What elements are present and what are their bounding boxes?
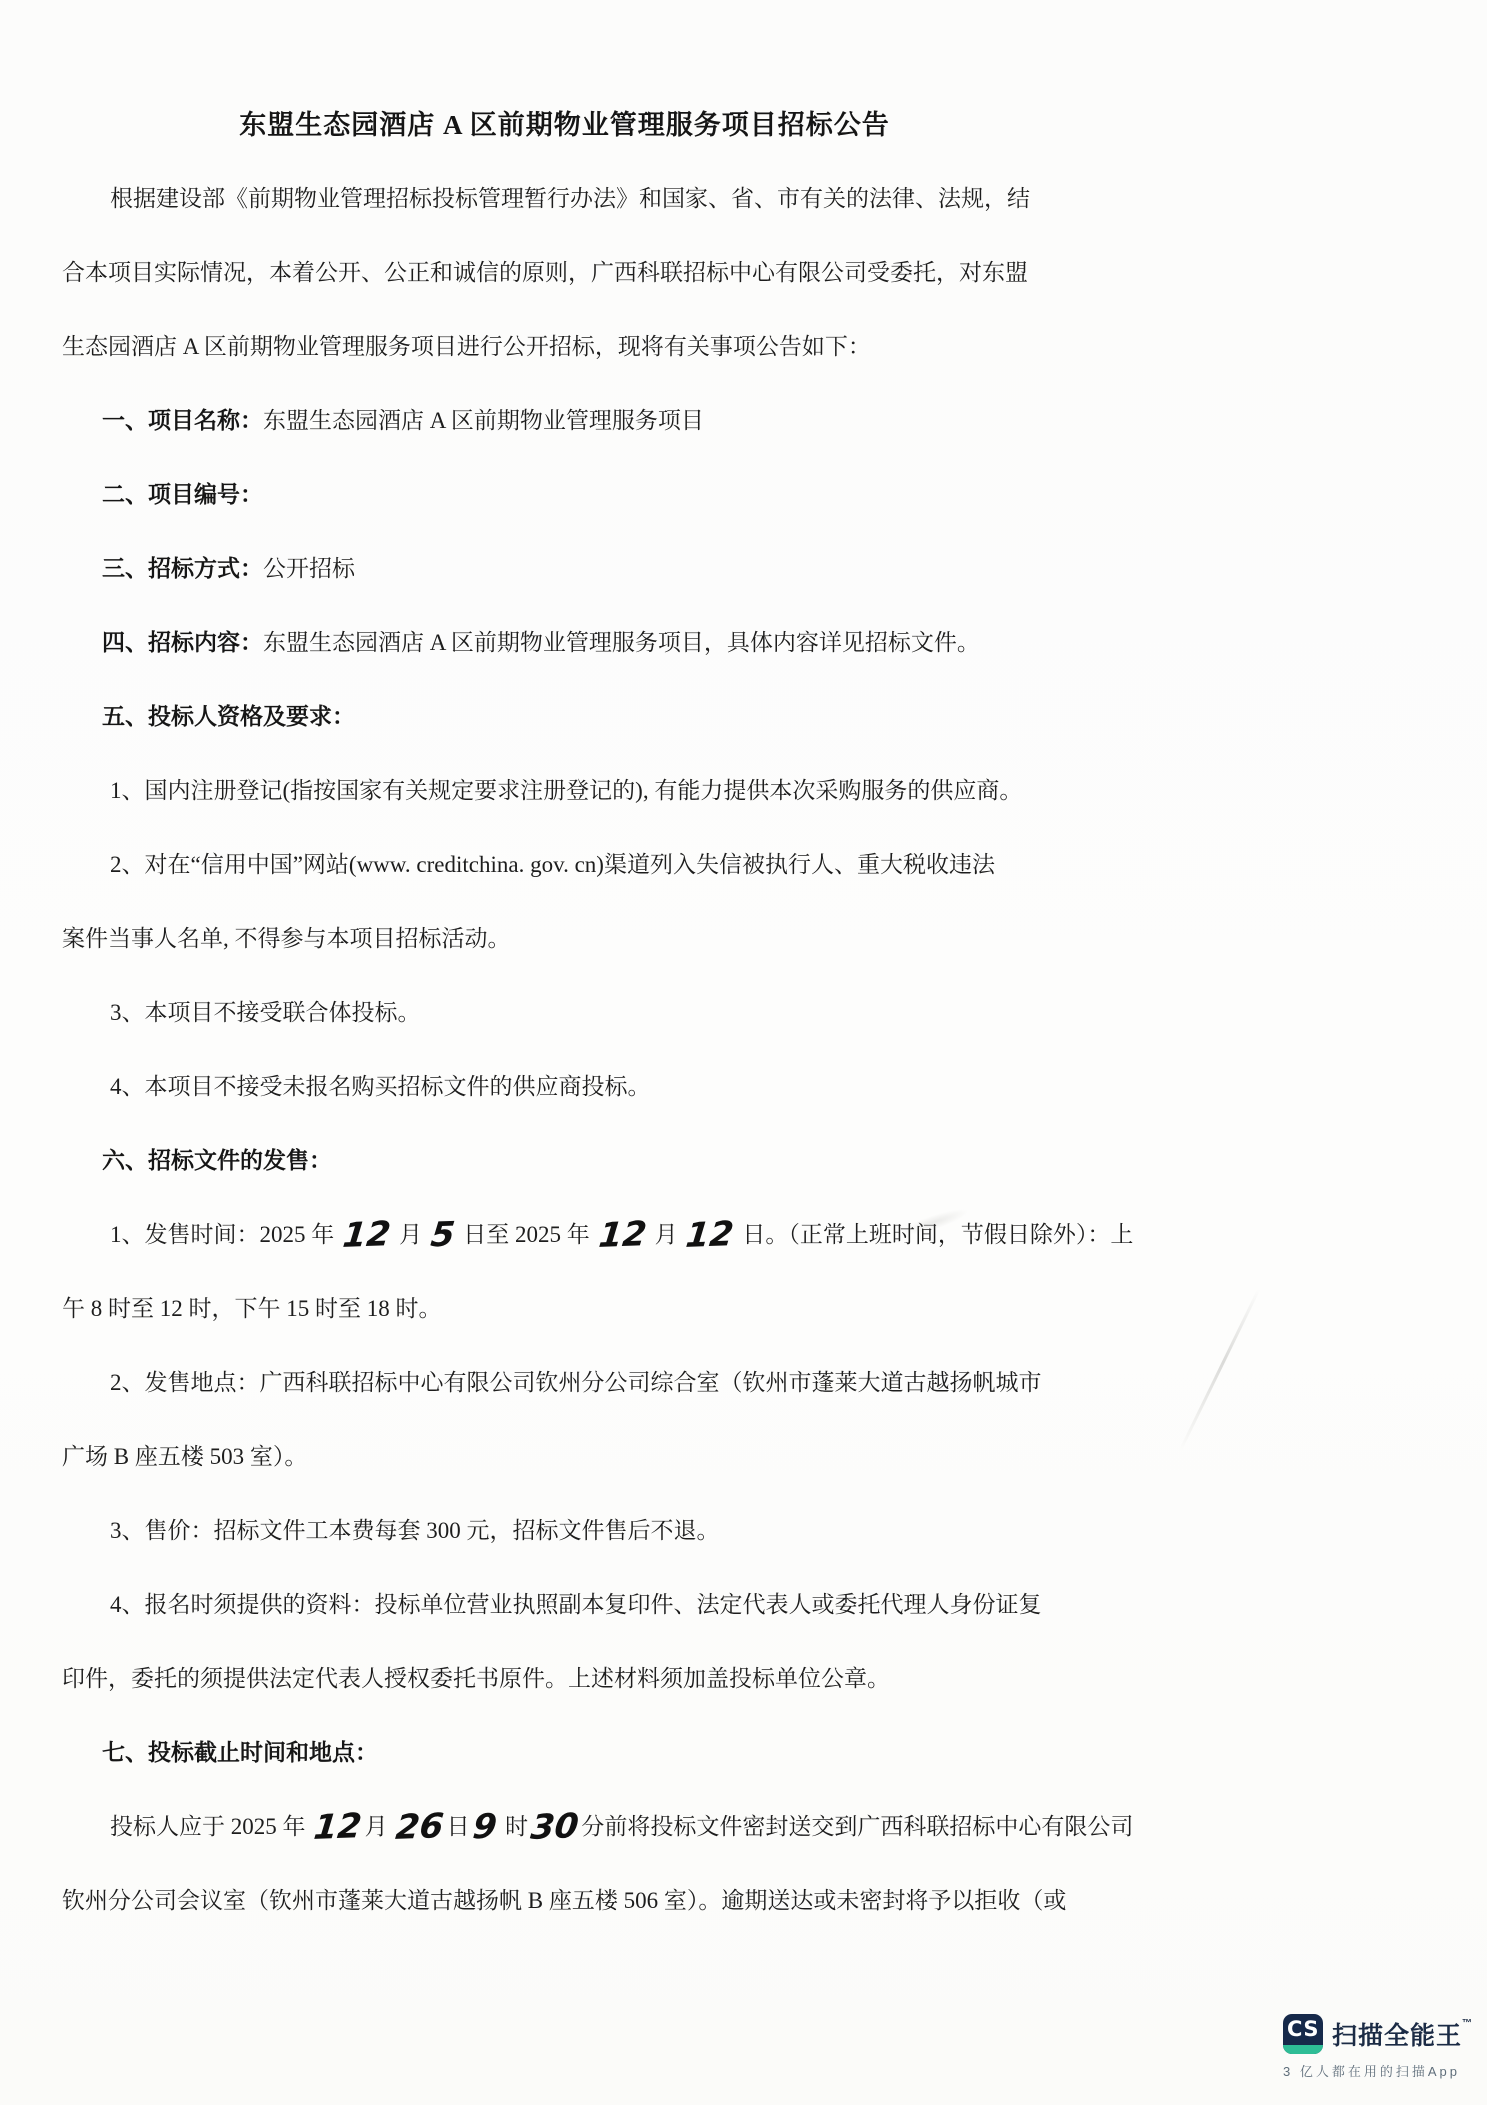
section-7-line-1: 投标人应于 2025 年 12月 26日9 时30分前将投标文件密封送交到广西科…	[62, 1790, 1067, 1864]
handwritten-month-2: 12	[594, 1217, 651, 1253]
sale-time-text-4: 月	[649, 1222, 684, 1247]
section-2-label: 二、项目编号：	[102, 482, 263, 507]
section-6-item-3: 3、售价：招标文件工本费每套 300 元，招标文件售后不退。	[62, 1494, 1067, 1568]
camscanner-tagline: 3 亿人都在用的扫描App	[1283, 2061, 1468, 2080]
handwritten-deadline-day: 26	[391, 1809, 448, 1845]
section-5-heading: 五、投标人资格及要求：	[62, 680, 1067, 754]
handwritten-deadline-hour: 9	[468, 1809, 501, 1844]
sale-time-text-2: 月	[393, 1222, 428, 1247]
handwritten-deadline-month: 12	[309, 1809, 366, 1845]
section-4-tender-content: 四、招标内容：东盟生态园酒店 A 区前期物业管理服务项目，具体内容详见招标文件。	[62, 606, 1067, 680]
section-1-project-name: 一、项目名称：东盟生态园酒店 A 区前期物业管理服务项目	[62, 384, 1067, 458]
handwritten-deadline-minute: 30	[526, 1809, 583, 1845]
section-7-heading: 七、投标截止时间和地点：	[62, 1716, 1067, 1790]
camscanner-app-name-text: 扫描全能王	[1332, 2022, 1462, 2050]
section-6-item-2-line-1: 2、发售地点：广西科联招标中心有限公司钦州分公司综合室（钦州市蓬莱大道古越扬帆城…	[62, 1346, 1067, 1420]
camscanner-logo-accent-bar	[1283, 2045, 1323, 2054]
camscanner-logo-icon: CS	[1283, 2014, 1323, 2054]
tender-announcement-body: 东盟生态园酒店 A 区前期物业管理服务项目招标公告 根据建设部《前期物业管理招标…	[62, 88, 1067, 1938]
scan-crease-artifact	[1179, 1288, 1261, 1451]
section-3-text: 公开招标	[263, 556, 355, 581]
section-3-tender-method: 三、招标方式：公开招标	[62, 532, 1067, 606]
deadline-text-4: 时	[499, 1814, 528, 1839]
section-7-line-2: 钦州分公司会议室（钦州市蓬莱大道古越扬帆 B 座五楼 506 室）。逾期送达或未…	[62, 1864, 1067, 1938]
camscanner-watermark-row: CS 扫描全能王™	[1283, 2014, 1468, 2054]
deadline-text-2: 月	[365, 1814, 394, 1839]
section-5-item-2-line-2: 案件当事人名单, 不得参与本项目招标活动。	[62, 902, 1067, 976]
camscanner-logo-text: CS	[1287, 2014, 1319, 2045]
section-2-project-number: 二、项目编号：	[62, 458, 1067, 532]
camscanner-app-name: 扫描全能王™	[1332, 2016, 1473, 2052]
section-5-item-1: 1、国内注册登记(指按国家有关规定要求注册登记的), 有能力提供本次采购服务的供…	[62, 754, 1067, 828]
section-4-label: 四、招标内容：	[102, 630, 263, 655]
intro-line-2: 合本项目实际情况，本着公开、公正和诚信的原则，广西科联招标中心有限公司受委托，对…	[62, 236, 1067, 310]
document-title: 东盟生态园酒店 A 区前期物业管理服务项目招标公告	[62, 88, 1067, 162]
sale-time-text-1: 1、发售时间：2025 年	[110, 1222, 340, 1247]
intro-line-3: 生态园酒店 A 区前期物业管理服务项目进行公开招标，现将有关事项公告如下：	[62, 310, 1067, 384]
section-6-label: 六、招标文件的发售：	[102, 1148, 332, 1173]
section-1-text: 东盟生态园酒店 A 区前期物业管理服务项目	[263, 408, 704, 433]
section-6-item-1-line-2: 午 8 时至 12 时，下午 15 时至 18 时。	[62, 1272, 1067, 1346]
section-6-item-4-line-1: 4、报名时须提供的资料：投标单位营业执照副本复印件、法定代表人或委托代理人身份证…	[62, 1568, 1067, 1642]
camscanner-watermark: CS 扫描全能王™ 3 亿人都在用的扫描App	[1283, 2014, 1468, 2080]
deadline-text-1: 投标人应于 2025 年	[110, 1814, 311, 1839]
scanned-document-page: 东盟生态园酒店 A 区前期物业管理服务项目招标公告 根据建设部《前期物业管理招标…	[0, 0, 1487, 2105]
section-5-item-2-line-1: 2、对在“信用中国”网站(www. creditchina. gov. cn)渠…	[62, 828, 1067, 902]
section-6-item-2-line-2: 广场 B 座五楼 503 室）。	[62, 1420, 1067, 1494]
section-7-label: 七、投标截止时间和地点：	[102, 1740, 378, 1765]
section-5-item-4: 4、本项目不接受未报名购买招标文件的供应商投标。	[62, 1050, 1067, 1124]
section-1-label: 一、项目名称：	[102, 408, 263, 433]
handwritten-day-1: 5	[426, 1217, 459, 1252]
handwritten-day-2: 12	[681, 1217, 738, 1253]
section-6-item-4-line-2: 印件，委托的须提供法定代表人授权委托书原件。上述材料须加盖投标单位公章。	[62, 1642, 1067, 1716]
section-3-label: 三、招标方式：	[102, 556, 263, 581]
trademark-symbol: ™	[1462, 2018, 1473, 2029]
section-6-heading: 六、招标文件的发售：	[62, 1124, 1067, 1198]
intro-line-1: 根据建设部《前期物业管理招标投标管理暂行办法》和国家、省、市有关的法律、法规，结	[62, 162, 1067, 236]
section-4-text: 东盟生态园酒店 A 区前期物业管理服务项目，具体内容详见招标文件。	[263, 630, 980, 655]
handwritten-month-1: 12	[338, 1217, 395, 1253]
deadline-text-5: 分前将投标文件密封送交到广西科联招标中心有限公司	[581, 1814, 1133, 1839]
section-5-label: 五、投标人资格及要求：	[102, 704, 355, 729]
deadline-text-3: 日	[447, 1814, 470, 1839]
sale-time-text-3: 日至 2025 年	[458, 1222, 596, 1247]
section-5-item-3: 3、本项目不接受联合体投标。	[62, 976, 1067, 1050]
